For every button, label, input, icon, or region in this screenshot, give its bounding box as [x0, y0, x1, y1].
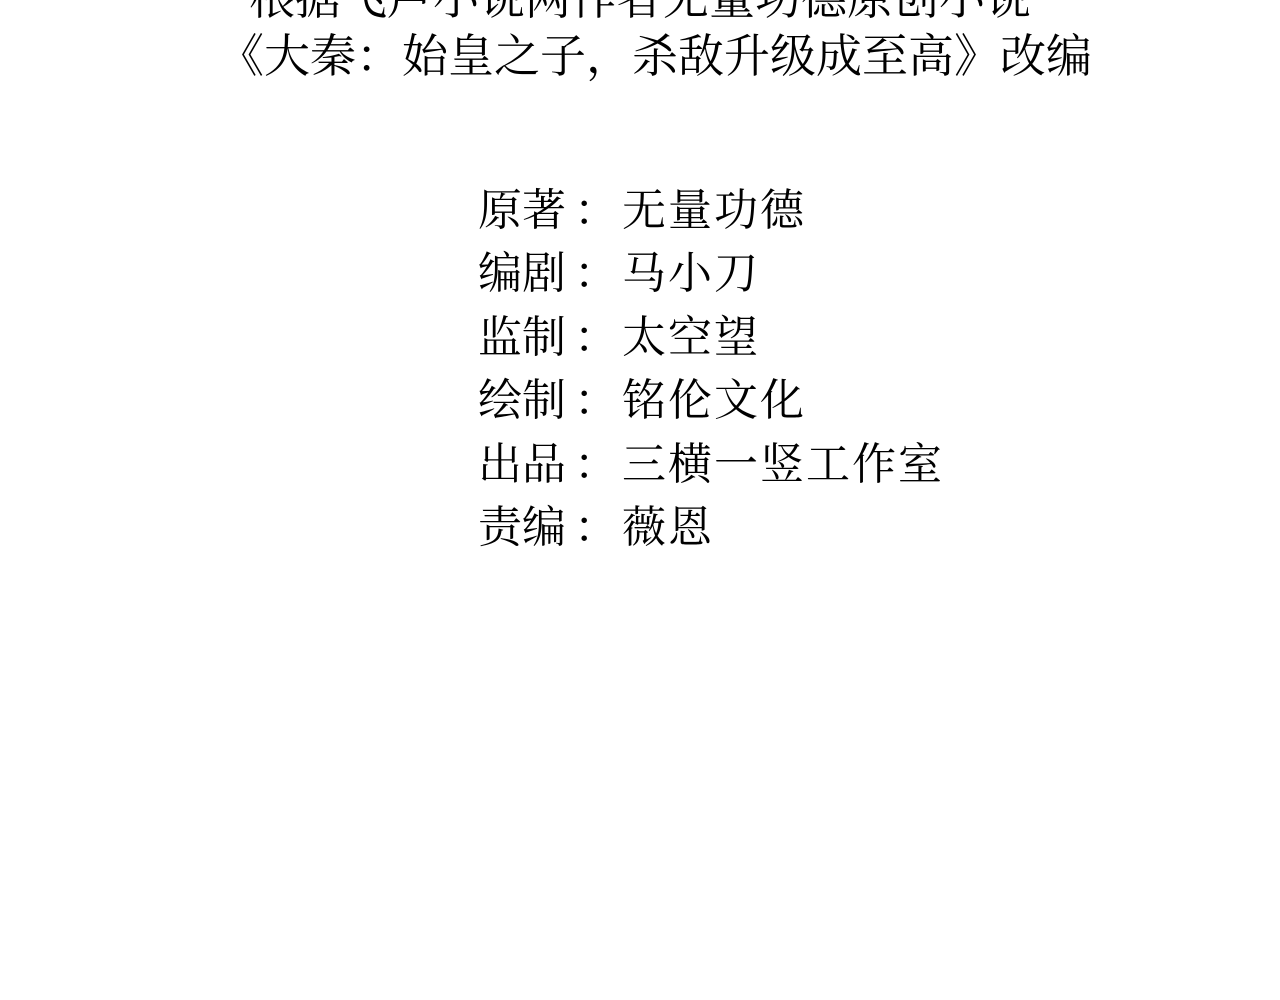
credit-colon: ：: [574, 174, 622, 238]
credit-role: 编剧: [478, 237, 574, 301]
credit-name: 薇恩: [622, 491, 714, 555]
credit-row-original-author: 原著 ： 无量功德: [478, 174, 944, 238]
credit-colon: ：: [574, 237, 622, 301]
credit-name: 马小刀: [622, 237, 760, 301]
comic-credits-page: 根据飞卢小说网作者无量功德原创小说 《大秦：始皇之子，杀敌升级成至高》改编 原著…: [0, 0, 1280, 1000]
credit-row-artist: 绘制 ： 铭伦文化: [478, 365, 944, 429]
novel-title-line: 《大秦：始皇之子，杀敌升级成至高》改编: [0, 28, 1280, 84]
credit-row-producer: 出品 ： 三横一竖工作室: [478, 428, 944, 492]
credit-row-editor: 责编 ： 薇恩: [478, 492, 944, 556]
source-attribution-line: 根据飞卢小说网作者无量功德原创小说: [0, 0, 1280, 26]
credit-role: 出品: [478, 428, 574, 492]
credit-colon: ：: [574, 364, 622, 428]
credit-colon: ：: [574, 301, 622, 365]
credit-row-supervisor: 监制 ： 太空望: [478, 301, 944, 365]
credit-role: 原著: [478, 174, 574, 238]
credit-role: 绘制: [478, 364, 574, 428]
credit-name: 无量功德: [622, 174, 806, 238]
credit-name: 铭伦文化: [622, 364, 806, 428]
credit-role: 监制: [478, 301, 574, 365]
credit-name: 三横一竖工作室: [622, 428, 944, 492]
credit-colon: ：: [574, 428, 622, 492]
credit-name: 太空望: [622, 301, 760, 365]
credit-role: 责编: [478, 491, 574, 555]
credits-list: 原著 ： 无量功德 编剧 ： 马小刀 监制 ： 太空望 绘制 ： 铭伦文化 出品…: [478, 174, 944, 555]
credit-row-screenwriter: 编剧 ： 马小刀: [478, 238, 944, 302]
credit-colon: ：: [574, 491, 622, 555]
